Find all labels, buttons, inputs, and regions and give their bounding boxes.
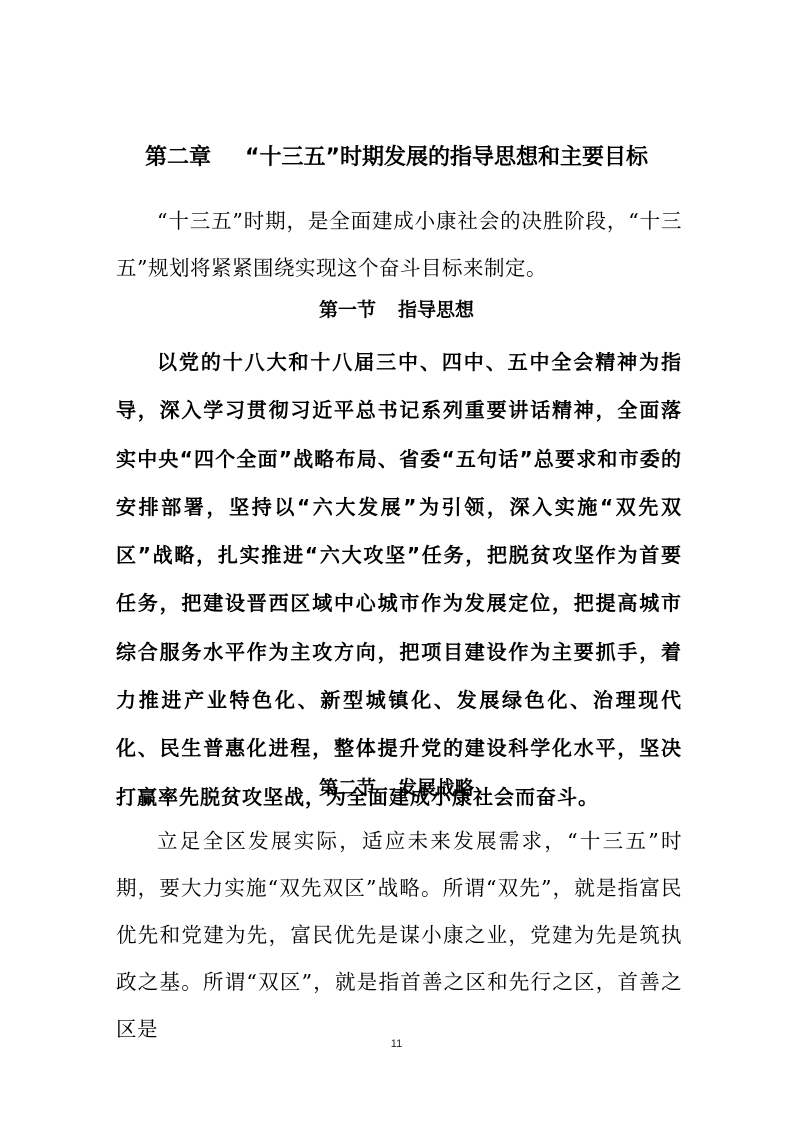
- chapter-number: 第二章: [145, 145, 211, 170]
- document-page: 第二章“十三五”时期发展的指导思想和主要目标 “十三五”时期，是全面建成小康社会…: [0, 0, 793, 1122]
- section-title: 发展战略: [398, 777, 474, 799]
- section-number: 第二节: [319, 777, 376, 799]
- section-heading-1: 第一节指导思想: [0, 292, 793, 328]
- section-heading-2: 第二节发展战略: [0, 770, 793, 806]
- chapter-heading: 第二章“十三五”时期发展的指导思想和主要目标: [0, 138, 793, 178]
- chapter-title: “十三五”时期发展的指导思想和主要目标: [245, 145, 648, 170]
- section-title: 指导思想: [398, 299, 474, 321]
- development-strategy-paragraph: 立足全区发展实际，适应未来发展需求，“十三五”时期，要大力实施“双先双区”战略。…: [116, 818, 682, 1053]
- page-number: 11: [0, 1038, 793, 1050]
- guiding-ideology-paragraph: 以党的十八大和十八届三中、四中、五中全会精神为指导，深入学习贯彻习近平总书记系列…: [116, 338, 682, 821]
- section-number: 第一节: [319, 299, 376, 321]
- intro-paragraph: “十三五”时期，是全面建成小康社会的决胜阶段，“十三五”规划将紧紧围绕实现这个奋…: [116, 198, 682, 292]
